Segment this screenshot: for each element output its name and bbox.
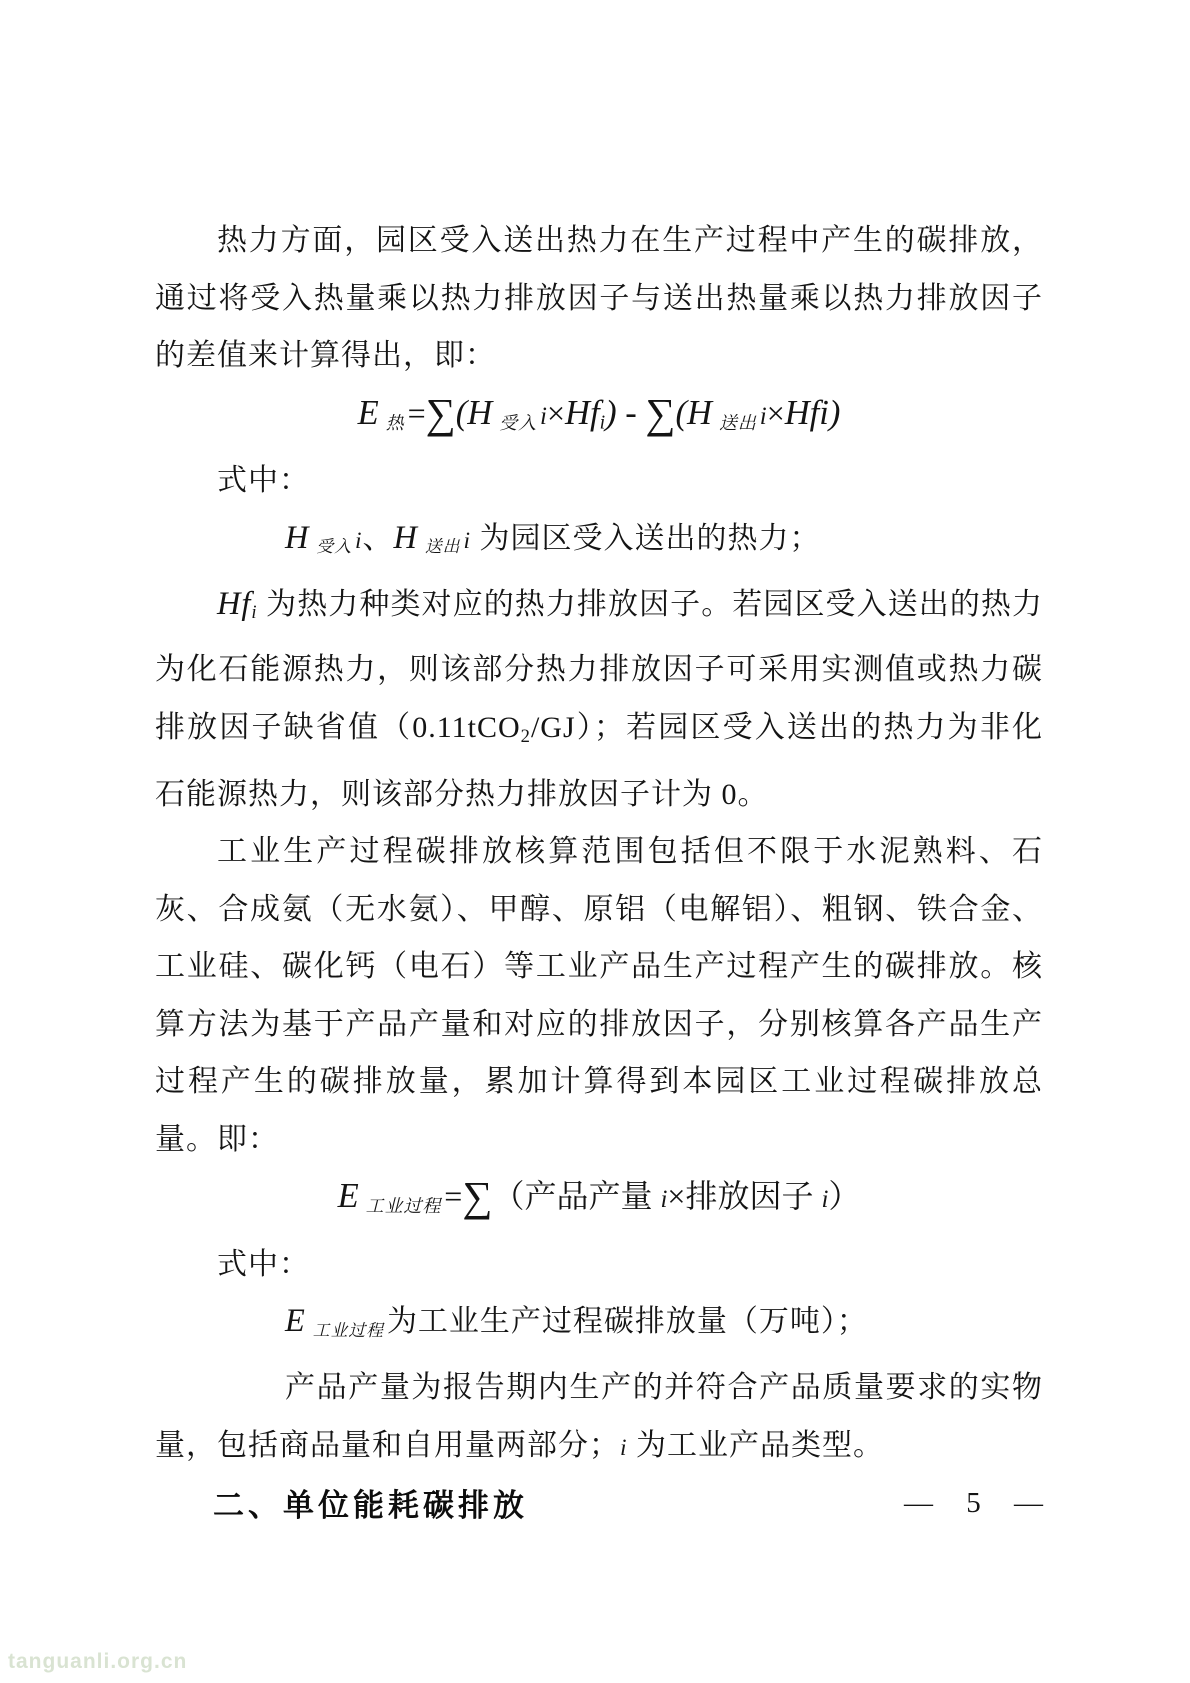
text-segment: 热 [386,413,405,433]
text-segment: ∑ [645,390,675,437]
text-segment: 、 [362,522,393,555]
text-segment: （产品产量 [492,1178,660,1214]
paragraph-product-output: 产品产量为报告期内生产的并符合产品质量要求的实物量，包括商品量和自用量两部分；i… [155,1359,1043,1477]
text-segment: 工业过程 [366,1196,442,1216]
text-segment: ） [828,1178,860,1214]
text-segment: 为园区受入送出的热力； [471,522,821,555]
formula-industry-process: E工业过程=∑（产品产量 i×排放因子 i） [155,1168,1043,1236]
text-segment: i [463,528,471,554]
text-segment: Hf [217,586,251,622]
paragraph-heat-intro: 热力方面，园区受入送出热力在生产过程中产生的碳排放，通过将受入热量乘以热力排放因… [155,212,1043,385]
text-segment: 送出 [719,413,757,433]
text-segment: 2 [521,726,531,747]
text-segment: 排放因子 [685,1178,821,1214]
text-segment: Hf [565,394,600,432]
text-segment: = [408,395,426,431]
text-segment: × [547,395,565,431]
text-segment: 送出 [425,537,461,556]
text-segment: E [358,394,379,432]
formula-label-1: 式中： [155,452,1043,510]
text-segment: i [760,403,767,430]
text-segment: ) [829,394,841,432]
text-segment: H [393,520,417,556]
text-segment: × [767,395,785,431]
watermark-text: tanguanli.org.cn [8,1650,187,1674]
text-segment: ∑ [426,390,456,437]
text-segment: (H [456,394,492,432]
text-segment: 受入 [499,413,537,433]
definition-h-variables: H受入i、H送出i 为园区受入送出的热力； [155,510,1043,576]
text-segment: i [620,1435,628,1461]
content-area: 热力方面，园区受入送出热力在生产过程中产生的碳排放，通过将受入热量乘以热力排放因… [155,212,1043,1535]
text-segment: 受入 [316,537,352,556]
text-segment: (H [675,394,711,432]
text-segment: 为工业产品类型。 [628,1429,885,1462]
text-segment: H [285,520,309,556]
document-page: 热力方面，园区受入送出热力在生产过程中产生的碳排放，通过将受入热量乘以热力排放因… [0,0,1190,1683]
definition-e-industry: E工业过程为工业生产过程碳排放量（万吨）； [155,1293,1043,1359]
text-segment: Hfi [785,394,829,432]
formula-heat-emission: E热=∑(H受入i×Hfi) - ∑(H送出i×Hfi) [155,385,1043,453]
paragraph-industry-intro: 工业生产过程碳排放核算范围包括但不限于水泥熟料、石灰、合成氨（无水氨）、甲醇、原… [155,823,1043,1168]
text-segment: i [540,403,547,430]
formula-label-2: 式中： [155,1236,1043,1294]
text-segment: 产品产量为报告期内生产的并符合产品质量要求的实物量，包括商品量和自用量两部分； [155,1371,1043,1462]
text-segment: ) - [605,394,645,432]
text-segment: = [444,1178,462,1214]
page-number: — 5 — [904,1483,1043,1523]
text-segment: 为工业生产过程碳排放量（万吨）； [387,1305,868,1338]
text-segment: × [667,1178,685,1214]
text-segment: E [338,1177,359,1215]
text-segment: ∑ [462,1173,492,1220]
text-segment: E [285,1303,306,1339]
paragraph-hf-factor: Hfi 为热力种类对应的热力排放因子。若园区受入送出的热力为化石能源热力，则该部… [155,576,1043,823]
text-segment: 工业过程 [313,1321,384,1340]
